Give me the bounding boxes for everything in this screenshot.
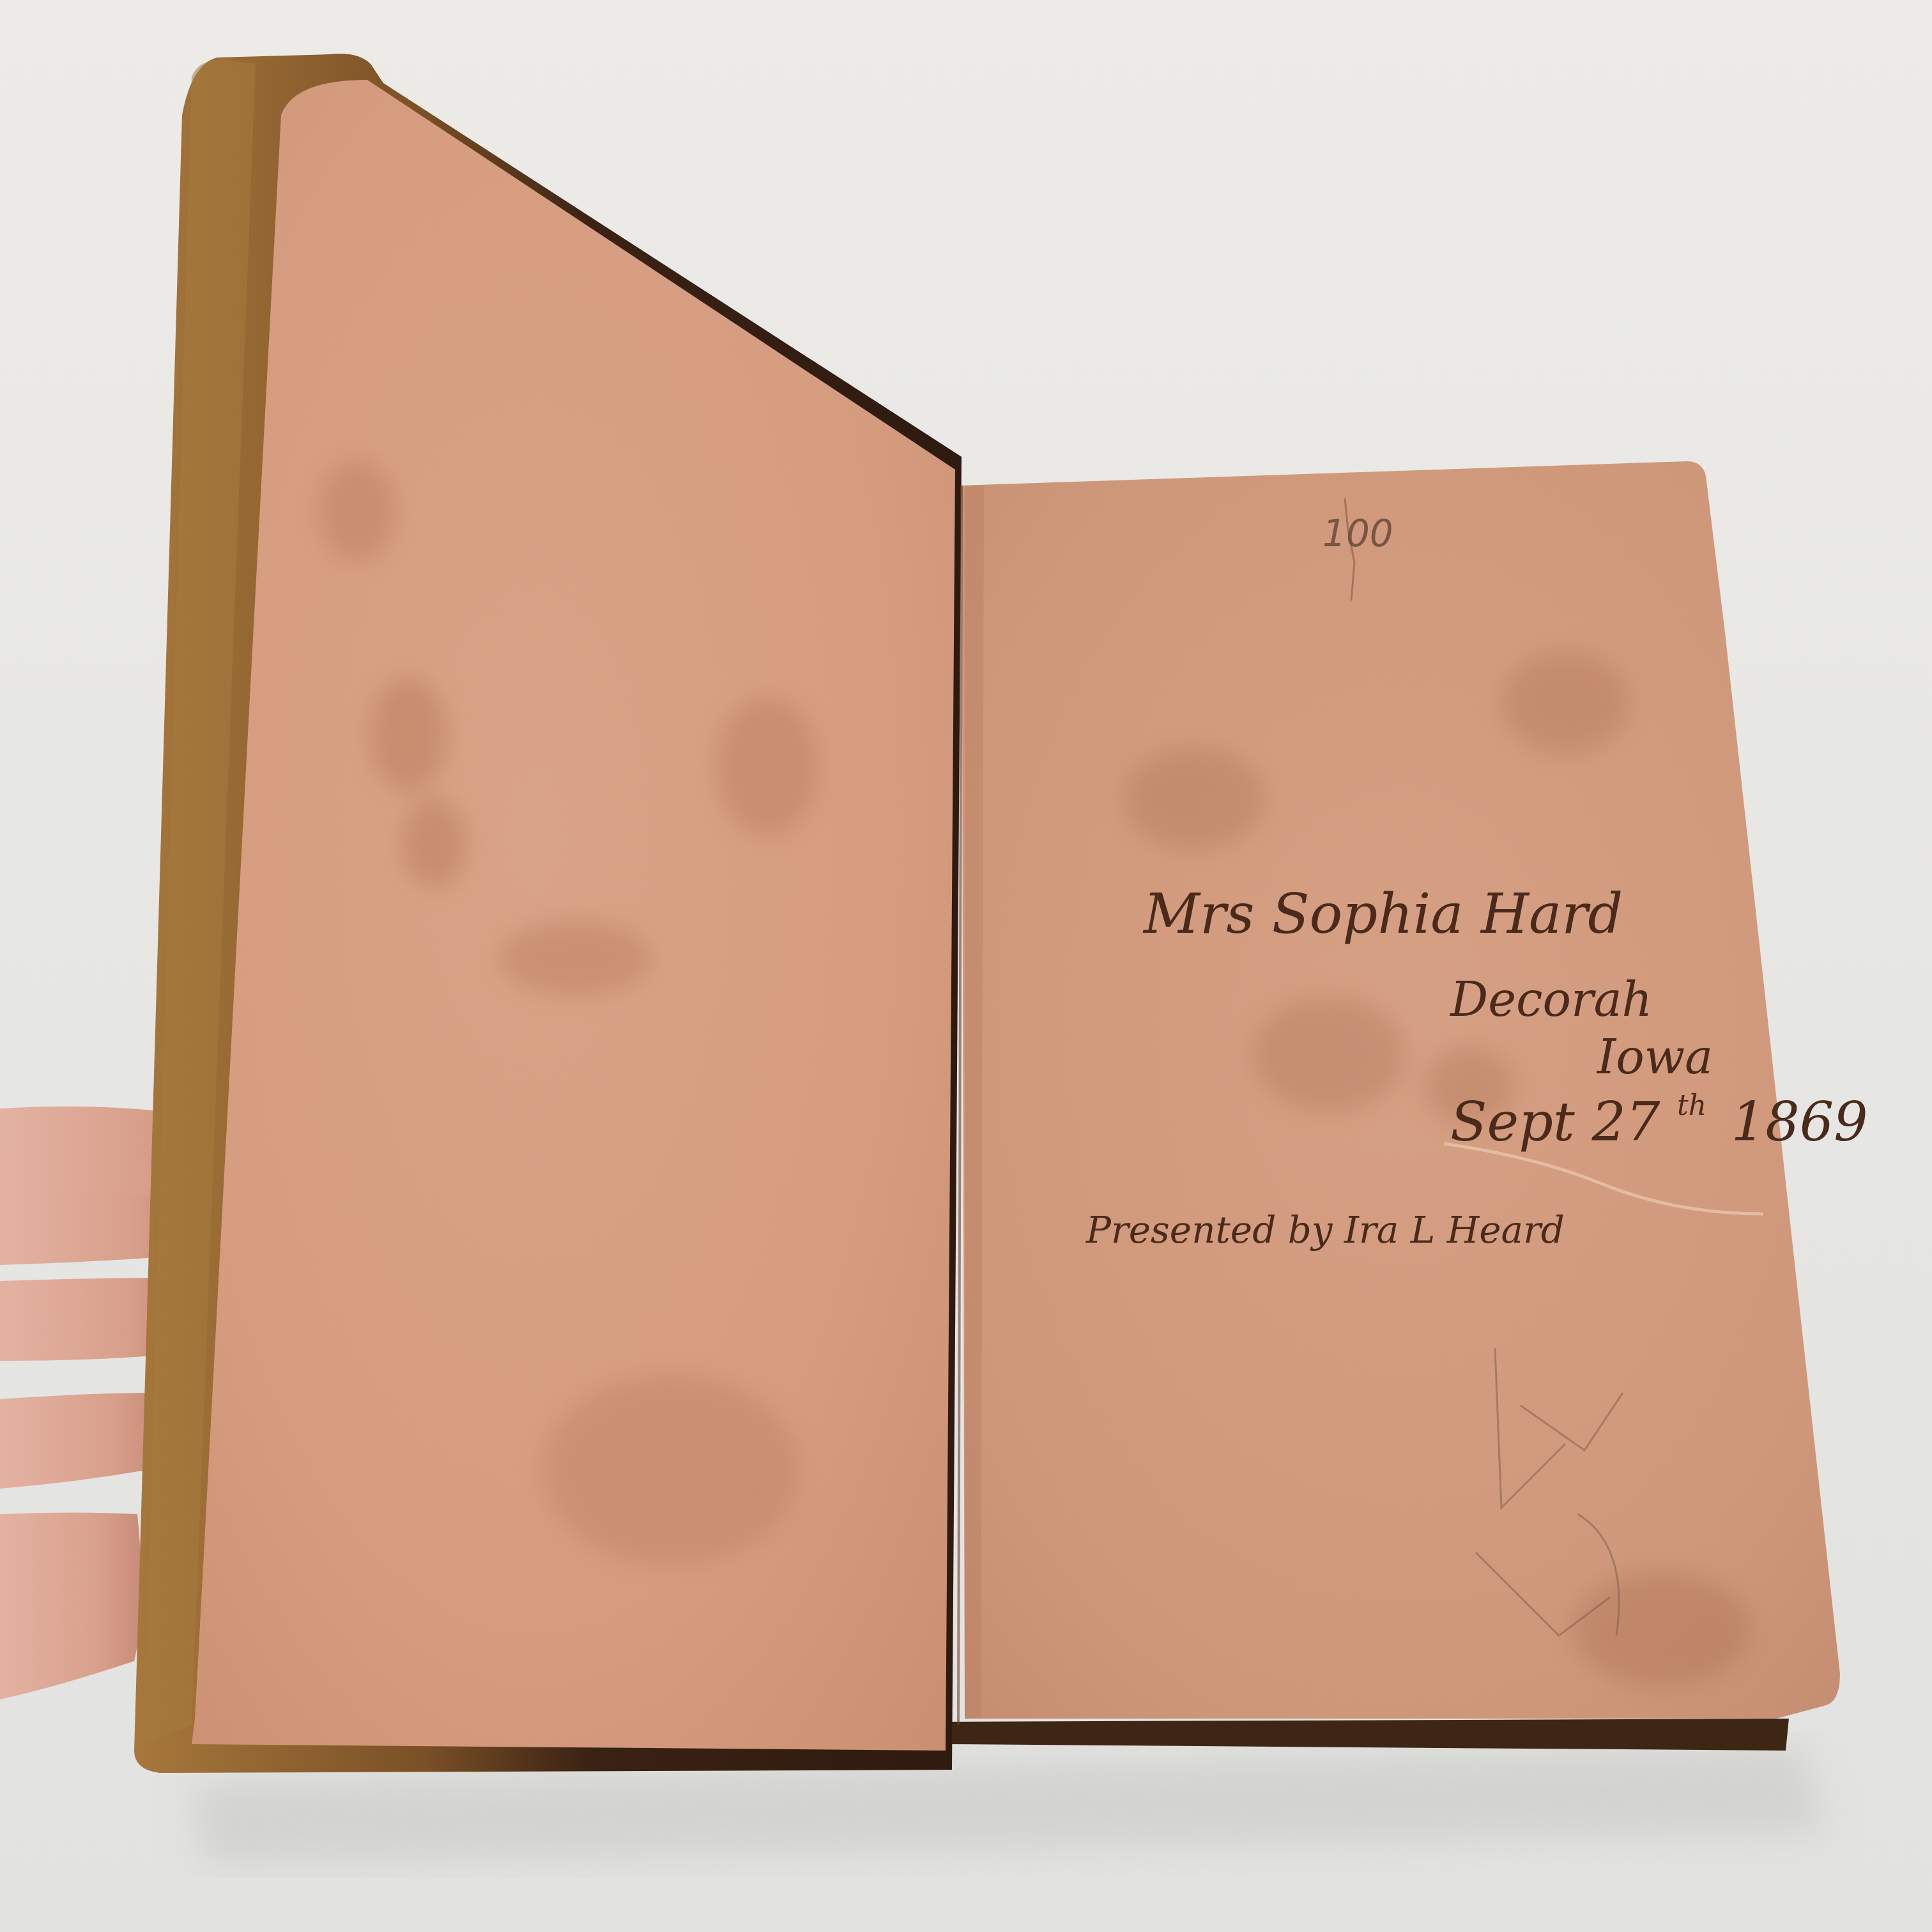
inscription-town: Decorah <box>1449 972 1652 1027</box>
pencil-number: 100 <box>1322 512 1393 555</box>
inscription-state: Iowa <box>1596 1030 1713 1085</box>
inscription-presented: Presented by Ira L Heard <box>1085 1208 1565 1252</box>
date-year: 1869 <box>1731 1091 1868 1153</box>
gutter-shadow <box>965 486 984 1719</box>
book-photo-scene: 100 Mrs Sophia Hard Decorah Iowa Sept 27… <box>0 0 1932 1932</box>
date-day: Sept 27 <box>1450 1091 1660 1153</box>
date-suffix: th <box>1677 1089 1706 1122</box>
inscription-name: Mrs Sophia Hard <box>1142 882 1623 946</box>
